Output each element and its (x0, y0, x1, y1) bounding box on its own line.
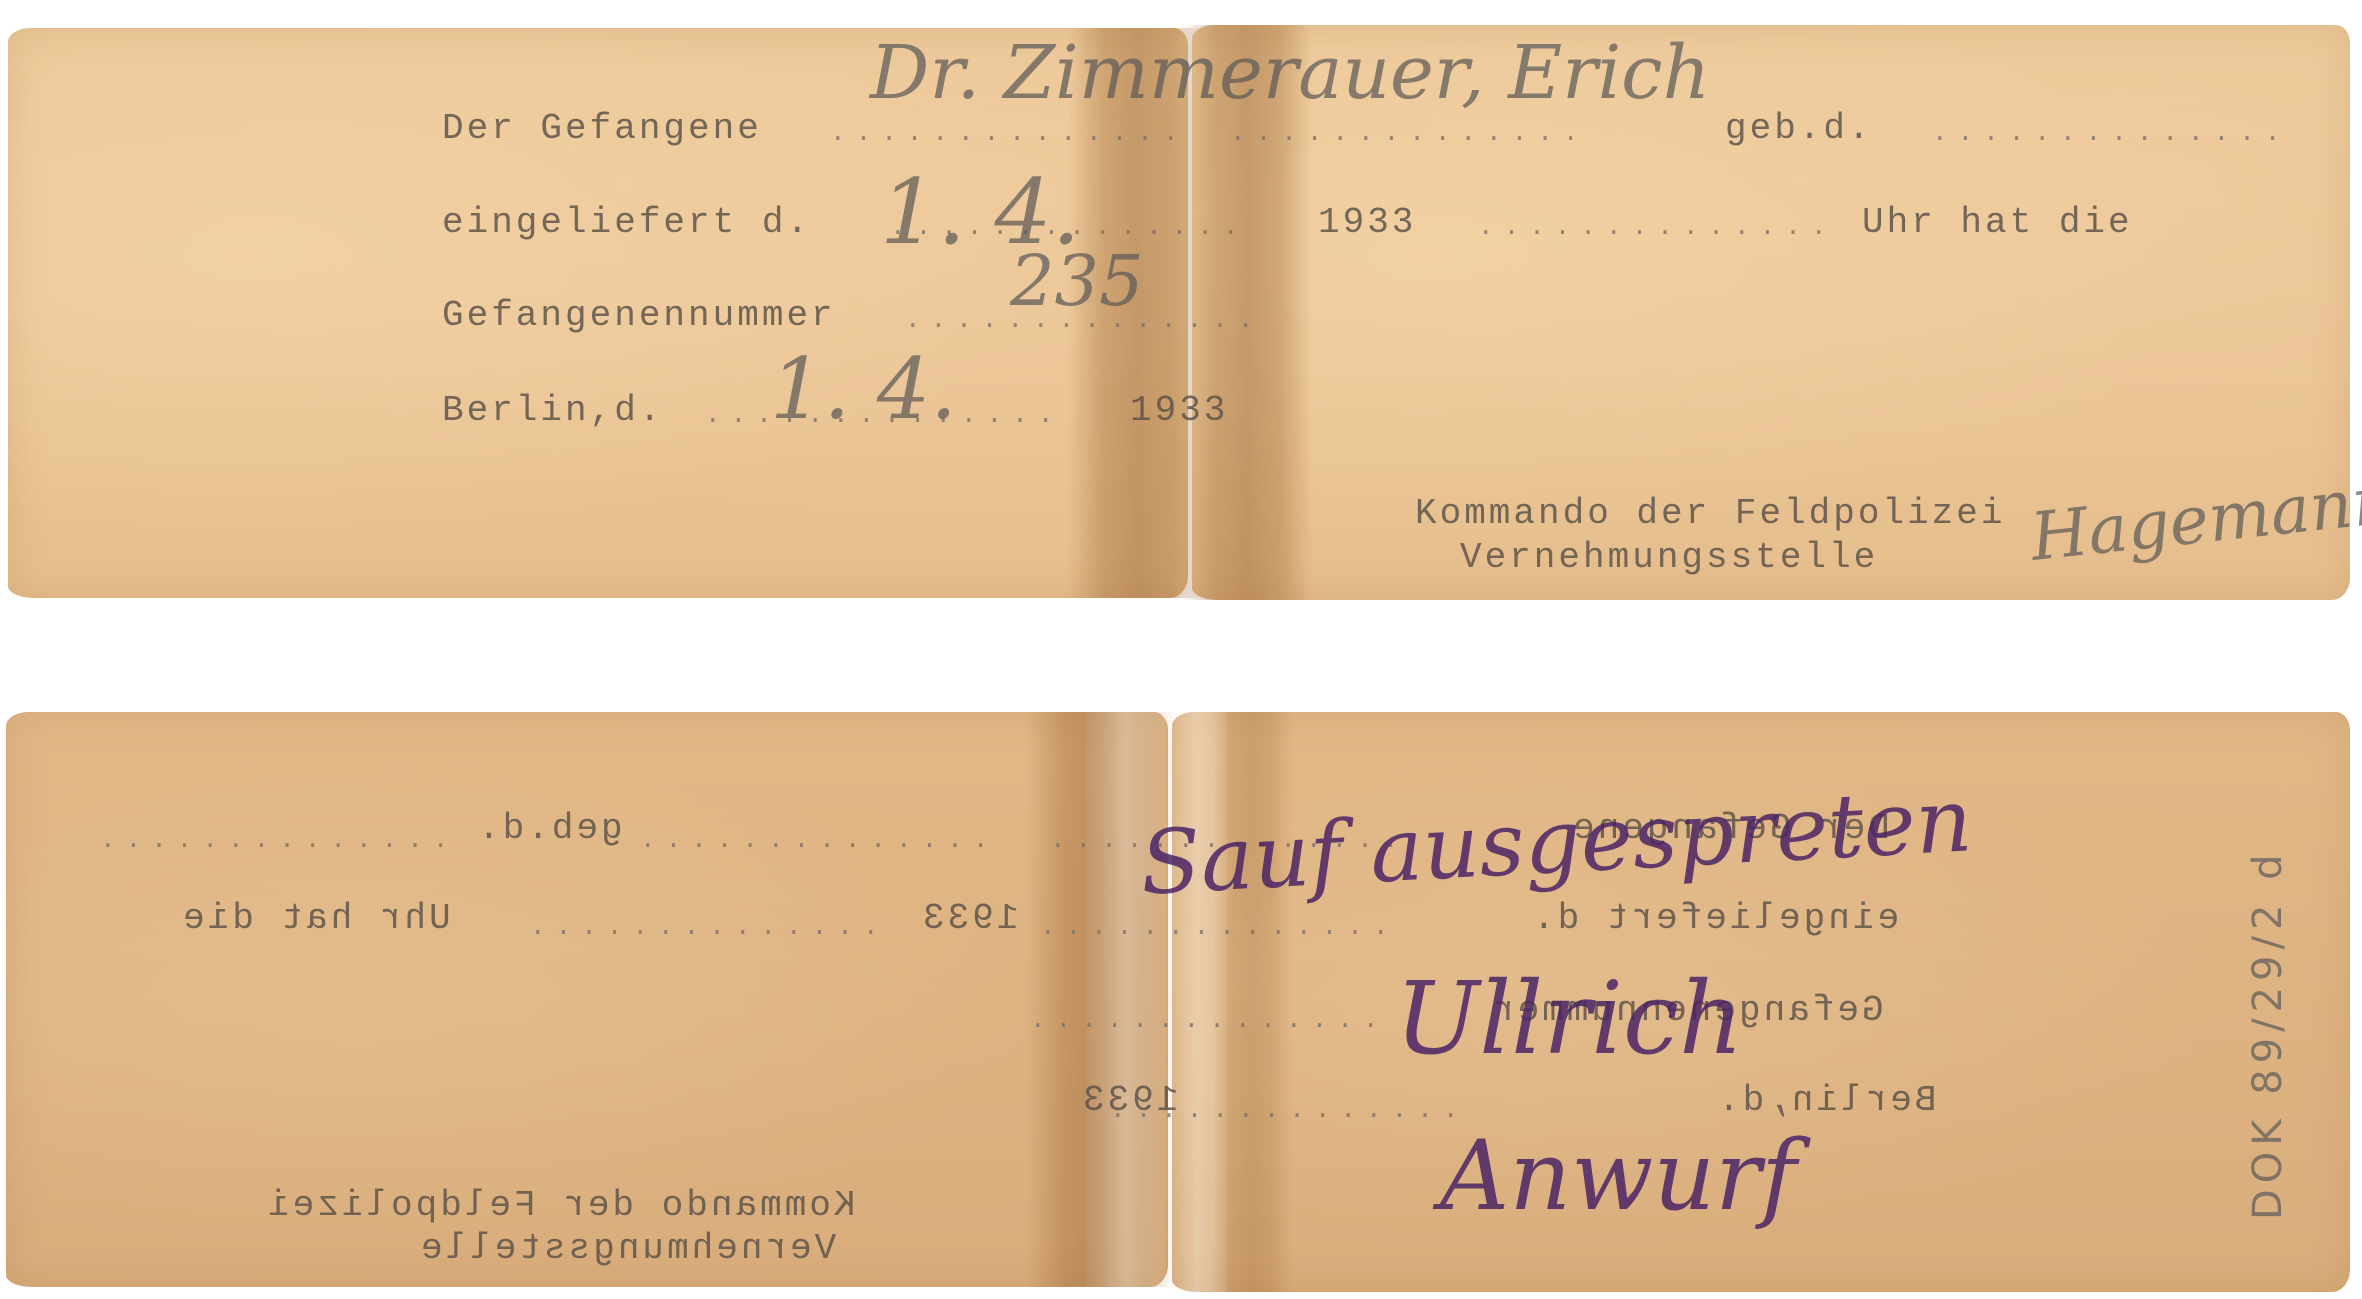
mirrored-footer-office: Vernehmungsstelle (418, 1228, 836, 1269)
typed-footer-command: Kommando der Feldpolizei (1415, 493, 2005, 534)
typed-footer-office: Vernehmungsstelle (1460, 537, 1878, 578)
typed-label-berlin-date: Berlin,d. (442, 390, 663, 431)
handwritten-prisoner-number: 235 (1010, 240, 1144, 322)
dot-leader: .............. (1230, 118, 1588, 148)
purple-handwriting-line2: Ullrich (1395, 960, 1743, 1077)
archive-reference: DOK 89/29/2 d (2245, 848, 2291, 1220)
dot-leader: .............. (1040, 912, 1398, 942)
mirrored-label-born: geb.d. (475, 808, 623, 849)
mirrored-label-time: Uhr hat die (180, 898, 451, 939)
typed-label-delivered: eingeliefert d. (442, 202, 811, 243)
typed-label-prisoner: Der Gefangene (442, 108, 762, 149)
handwritten-prisoner-name: Dr. Zimmerauer, Erich (870, 30, 1710, 116)
mirrored-label-delivered: eingeliefert d. (1530, 898, 1899, 939)
repair-tape (1086, 712, 1166, 1287)
typed-label-time: Uhr hat die (1862, 202, 2133, 243)
handwritten-berlin-date: 1. 4. (770, 340, 957, 438)
water-stain (1026, 712, 1176, 1287)
dot-leader: .............. (1030, 1005, 1388, 1035)
typed-label-prisoner-number: Gefangenennummer (442, 295, 836, 336)
dot-leader: .............. (830, 118, 1188, 148)
dot-leader: .............. (1110, 1095, 1468, 1125)
typed-year: 1933 (1130, 390, 1228, 431)
water-stain (1212, 712, 1292, 1292)
dot-leader: .............. (100, 825, 458, 855)
repair-tape (1167, 712, 1227, 1292)
dot-leader: .............. (1478, 212, 1836, 242)
purple-handwriting-line3: Anwurf (1440, 1120, 1797, 1232)
mirrored-label-berlin-date: Berlin,d. (1715, 1080, 1936, 1121)
dot-leader: .............. (1932, 118, 2290, 148)
typed-label-born: geb.d. (1725, 108, 1873, 149)
dot-leader: .............. (640, 825, 998, 855)
typed-year: 1933 (1318, 202, 1416, 243)
dot-leader: .............. (530, 912, 888, 942)
mirrored-year: 1933 (920, 898, 1018, 939)
mirrored-footer-command: Kommando der Feldpolizei (265, 1185, 855, 1226)
